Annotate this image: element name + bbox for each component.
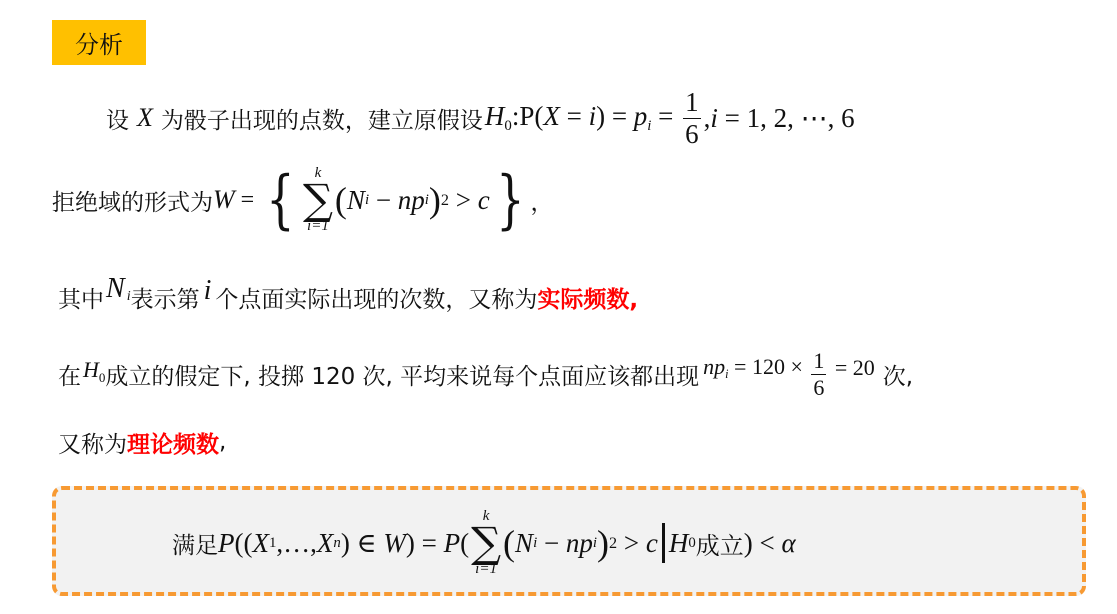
text: 又称为 [58, 426, 127, 459]
text: 在 [58, 358, 81, 391]
expected-count-line: 在 H 0 成立的假定下, 投掷 120 次, 平均来说每个点面应该都出现 np… [58, 344, 913, 404]
var: np [398, 185, 425, 216]
conditional-bar [662, 523, 665, 563]
math: < [753, 528, 782, 558]
subscript: i [127, 289, 131, 305]
math: :P( [512, 101, 544, 131]
subscript: 0 [99, 370, 106, 386]
summation: k ∑ i=1 [303, 166, 333, 234]
paren: (( [235, 528, 253, 559]
var: P [218, 528, 235, 559]
text: 为骰子出现的点数，建立原假设 [161, 102, 483, 135]
expected-formula: npi = 120 × [703, 354, 808, 382]
var: H [669, 528, 689, 559]
math: ) = [596, 101, 634, 131]
index-range: ,i = 1, 2, ⋯, 6 [704, 103, 855, 134]
var: np [566, 528, 593, 559]
probability-lhs: P((X1,…,Xn) ∈ W) = P( [218, 528, 469, 559]
text: 成立的假定下, 投掷 120 次, 平均来说每个点面应该都出现 [105, 358, 699, 391]
var: W [383, 528, 406, 559]
sigma: ∑ [303, 181, 333, 219]
text: 其中 [58, 281, 104, 314]
var: c [646, 528, 658, 559]
paren: ) [429, 182, 441, 218]
paren: ) [341, 528, 350, 559]
condition-formula: 满足 P((X1,…,Xn) ∈ W) = P( k ∑ i=1 (Ni − n… [172, 498, 796, 588]
math: ,…, [276, 528, 317, 559]
fraction-one-sixth: 1 6 [683, 89, 701, 148]
probability-bound: ) < α [744, 528, 796, 559]
paren: ) [597, 525, 609, 561]
var: P [444, 528, 461, 559]
subscript: 1 [269, 535, 276, 552]
brace-open: { [266, 168, 295, 232]
hypothesis-formula: H0:P(X = i) = pi = [485, 101, 680, 135]
var: X [317, 528, 334, 559]
var-w: W [213, 185, 235, 215]
text: 次, [883, 358, 913, 391]
rejection-region-line: 拒绝域的形式为 W = { k ∑ i=1 (Ni − npi)2 > c } … [52, 160, 553, 240]
text: 拒绝域的形式为 [52, 184, 213, 217]
text: 成立 [696, 526, 744, 561]
math: > [449, 185, 478, 216]
var: p [634, 101, 648, 131]
sum-lower: i=1 [475, 562, 497, 577]
H: H [485, 101, 505, 131]
var: N [515, 528, 533, 559]
var-n: N [106, 273, 125, 305]
paren: ) [406, 528, 415, 559]
theoretical-frequency-line: 又称为 理论频数 , [58, 424, 226, 460]
math: ∈ [350, 528, 384, 559]
math: = 120 × [729, 354, 809, 379]
numerator: 1 [811, 350, 826, 375]
sum-lower: i=1 [307, 219, 329, 234]
highlight-theoretical-frequency: 理论频数 [127, 426, 219, 459]
math: = [651, 101, 680, 131]
fraction-one-sixth: 1 6 [811, 350, 826, 399]
sum-term: (Ni − npi)2 > c [335, 182, 490, 218]
sigma: ∑ [471, 524, 501, 562]
math: > [617, 528, 646, 559]
text: 满足 [172, 527, 218, 560]
var: N [347, 185, 365, 216]
denominator: 6 [685, 119, 699, 148]
subscript: n [333, 535, 340, 552]
denominator: 6 [813, 375, 824, 399]
paren: ( [503, 525, 515, 561]
paren: ( [335, 182, 347, 218]
numerator: 1 [683, 89, 701, 119]
paren: ) [744, 528, 753, 558]
text: , [219, 429, 226, 455]
var-h: H [83, 357, 99, 383]
brace-close: } [496, 168, 525, 232]
subscript: 0 [688, 535, 695, 552]
var: α [782, 528, 796, 558]
heading-label: 分析 [75, 25, 123, 60]
var-i: i [204, 275, 212, 307]
math: − [537, 528, 566, 559]
text: 表示第 [131, 281, 200, 314]
var: X [543, 101, 560, 131]
actual-frequency-line: 其中 N i 表示第 i 个点面实际出现的次数，又称为 实际频数, [58, 272, 638, 322]
math: = [235, 187, 261, 214]
math: = [415, 528, 444, 559]
var: i [589, 101, 597, 131]
exponent: 2 [609, 534, 617, 553]
var: i [710, 103, 718, 133]
math: = 20 [829, 355, 874, 381]
var-x: X [137, 103, 153, 133]
var: X [252, 528, 269, 559]
math: = [560, 101, 589, 131]
paren: ( [460, 528, 469, 559]
text: 个点面实际出现的次数，又称为 [215, 281, 537, 314]
exponent: 2 [441, 191, 449, 210]
probability-rhs: (Ni − npi)2 > cH0 [503, 523, 696, 563]
math: = 1, 2, ⋯, 6 [718, 103, 855, 133]
subscript: 0 [504, 118, 511, 134]
text: ， [530, 184, 553, 217]
condition-box: 满足 P((X1,…,Xn) ∈ W) = P( k ∑ i=1 (Ni − n… [52, 486, 1086, 596]
summation: k ∑ i=1 [471, 509, 501, 577]
highlight-actual-frequency: 实际频数, [537, 281, 638, 314]
var: c [478, 185, 490, 216]
text: 设 [106, 102, 129, 135]
section-heading-analysis: 分析 [52, 20, 146, 65]
var: np [703, 354, 725, 379]
math: − [369, 185, 398, 216]
hypothesis-line: 设 X 为骰子出现的点数，建立原假设 H0:P(X = i) = pi = 1 … [106, 90, 855, 146]
